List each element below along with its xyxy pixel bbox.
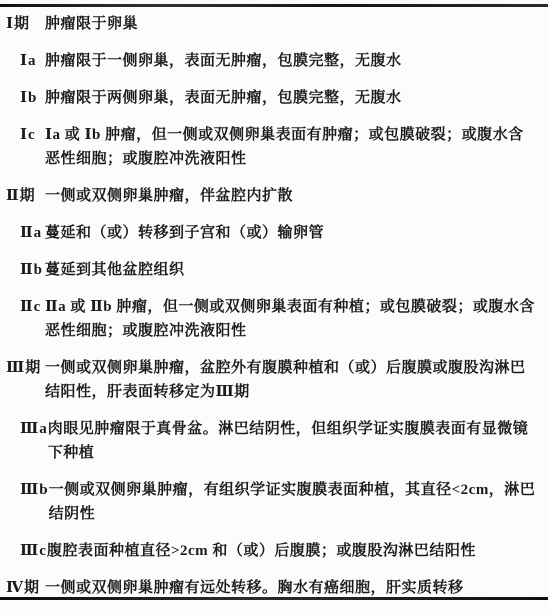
substage-row-2c: Ⅱc Ⅱa 或 Ⅱb 肿瘤，但一侧或双侧卵巢表面有种植；或包膜破裂；或腹水含恶性… bbox=[0, 295, 550, 343]
substage-row-2a: Ⅱa 蔓延和（或）转移到子宫和（或）输卵管 bbox=[0, 221, 550, 245]
substage-text: 肿瘤限于两侧卵巢，表面无肿瘤，包膜完整，无腹水 bbox=[45, 86, 550, 110]
substage-label: Ⅰc bbox=[0, 123, 45, 147]
table-bottom-rule bbox=[0, 597, 548, 600]
substage-row-3c: Ⅲc 腹腔表面种植直径>2cm 和（或）后腹膜；或腹股沟淋巴结阳性 bbox=[0, 539, 550, 563]
substage-label: Ⅲc bbox=[0, 539, 47, 563]
substage-row-2b: Ⅱb 蔓延到其他盆腔组织 bbox=[0, 258, 550, 282]
stage-text: 一侧或双侧卵巢肿瘤，盆腔外有腹膜种植和（或）后腹膜或腹股沟淋巴结阳性，肝表面转移… bbox=[45, 356, 550, 404]
substage-label: Ⅱa bbox=[0, 221, 45, 245]
substage-text: 蔓延和（或）转移到子宫和（或）输卵管 bbox=[45, 221, 550, 245]
stage-row-3: Ⅲ期 一侧或双侧卵巢肿瘤，盆腔外有腹膜种植和（或）后腹膜或腹股沟淋巴结阳性，肝表… bbox=[0, 356, 550, 404]
substage-label: Ⅱc bbox=[0, 295, 45, 319]
table-top-rule bbox=[0, 4, 548, 7]
staging-table-body: Ⅰ期 肿瘤限于卵巢 Ⅰa 肿瘤限于一侧卵巢，表面无肿瘤，包膜完整，无腹水 Ⅰb … bbox=[0, 12, 550, 613]
substage-text: 一侧或双侧卵巢肿瘤，有组织学证实腹膜表面种植，其直径<2cm，淋巴结阴性 bbox=[49, 478, 550, 526]
substage-row-1c: Ⅰc Ⅰa 或 Ⅰb 肿瘤，但一侧或双侧卵巢表面有肿瘤；或包膜破裂；或腹水含恶性… bbox=[0, 123, 550, 171]
substage-label: Ⅱb bbox=[0, 258, 45, 282]
substage-label: Ⅲb bbox=[0, 478, 49, 502]
substage-row-3b: Ⅲb 一侧或双侧卵巢肿瘤，有组织学证实腹膜表面种植，其直径<2cm，淋巴结阴性 bbox=[0, 478, 550, 526]
substage-text: Ⅰa 或 Ⅰb 肿瘤，但一侧或双侧卵巢表面有肿瘤；或包膜破裂；或腹水含恶性细胞；… bbox=[45, 123, 550, 171]
substage-label: Ⅰb bbox=[0, 86, 45, 110]
stage-label: Ⅱ期 bbox=[0, 184, 45, 208]
stage-label: Ⅰ期 bbox=[0, 12, 45, 36]
substage-text: Ⅱa 或 Ⅱb 肿瘤，但一侧或双侧卵巢表面有种植；或包膜破裂；或腹水含恶性细胞；… bbox=[45, 295, 550, 343]
stage-label: Ⅲ期 bbox=[0, 356, 45, 380]
substage-text: 肉眼见肿瘤限于真骨盆。淋巴结阴性，但组织学证实腹膜表面有显微镜下种植 bbox=[48, 417, 550, 465]
stage-text: 一侧或双侧卵巢肿瘤，伴盆腔内扩散 bbox=[45, 184, 550, 208]
substage-row-1b: Ⅰb 肿瘤限于两侧卵巢，表面无肿瘤，包膜完整，无腹水 bbox=[0, 86, 550, 110]
substage-text: 腹腔表面种植直径>2cm 和（或）后腹膜；或腹股沟淋巴结阳性 bbox=[47, 539, 550, 563]
substage-label: Ⅰa bbox=[0, 49, 45, 73]
staging-table-page: Ⅰ期 肿瘤限于卵巢 Ⅰa 肿瘤限于一侧卵巢，表面无肿瘤，包膜完整，无腹水 Ⅰb … bbox=[0, 0, 550, 615]
substage-text: 蔓延到其他盆腔组织 bbox=[45, 258, 550, 282]
substage-row-3a: Ⅲa 肉眼见肿瘤限于真骨盆。淋巴结阴性，但组织学证实腹膜表面有显微镜下种植 bbox=[0, 417, 550, 465]
stage-row-2: Ⅱ期 一侧或双侧卵巢肿瘤，伴盆腔内扩散 bbox=[0, 184, 550, 208]
substage-label: Ⅲa bbox=[0, 417, 48, 441]
substage-row-1a: Ⅰa 肿瘤限于一侧卵巢，表面无肿瘤，包膜完整，无腹水 bbox=[0, 49, 550, 73]
substage-text: 肿瘤限于一侧卵巢，表面无肿瘤，包膜完整，无腹水 bbox=[45, 49, 550, 73]
stage-row-1: Ⅰ期 肿瘤限于卵巢 bbox=[0, 12, 550, 36]
stage-text: 肿瘤限于卵巢 bbox=[45, 12, 550, 36]
